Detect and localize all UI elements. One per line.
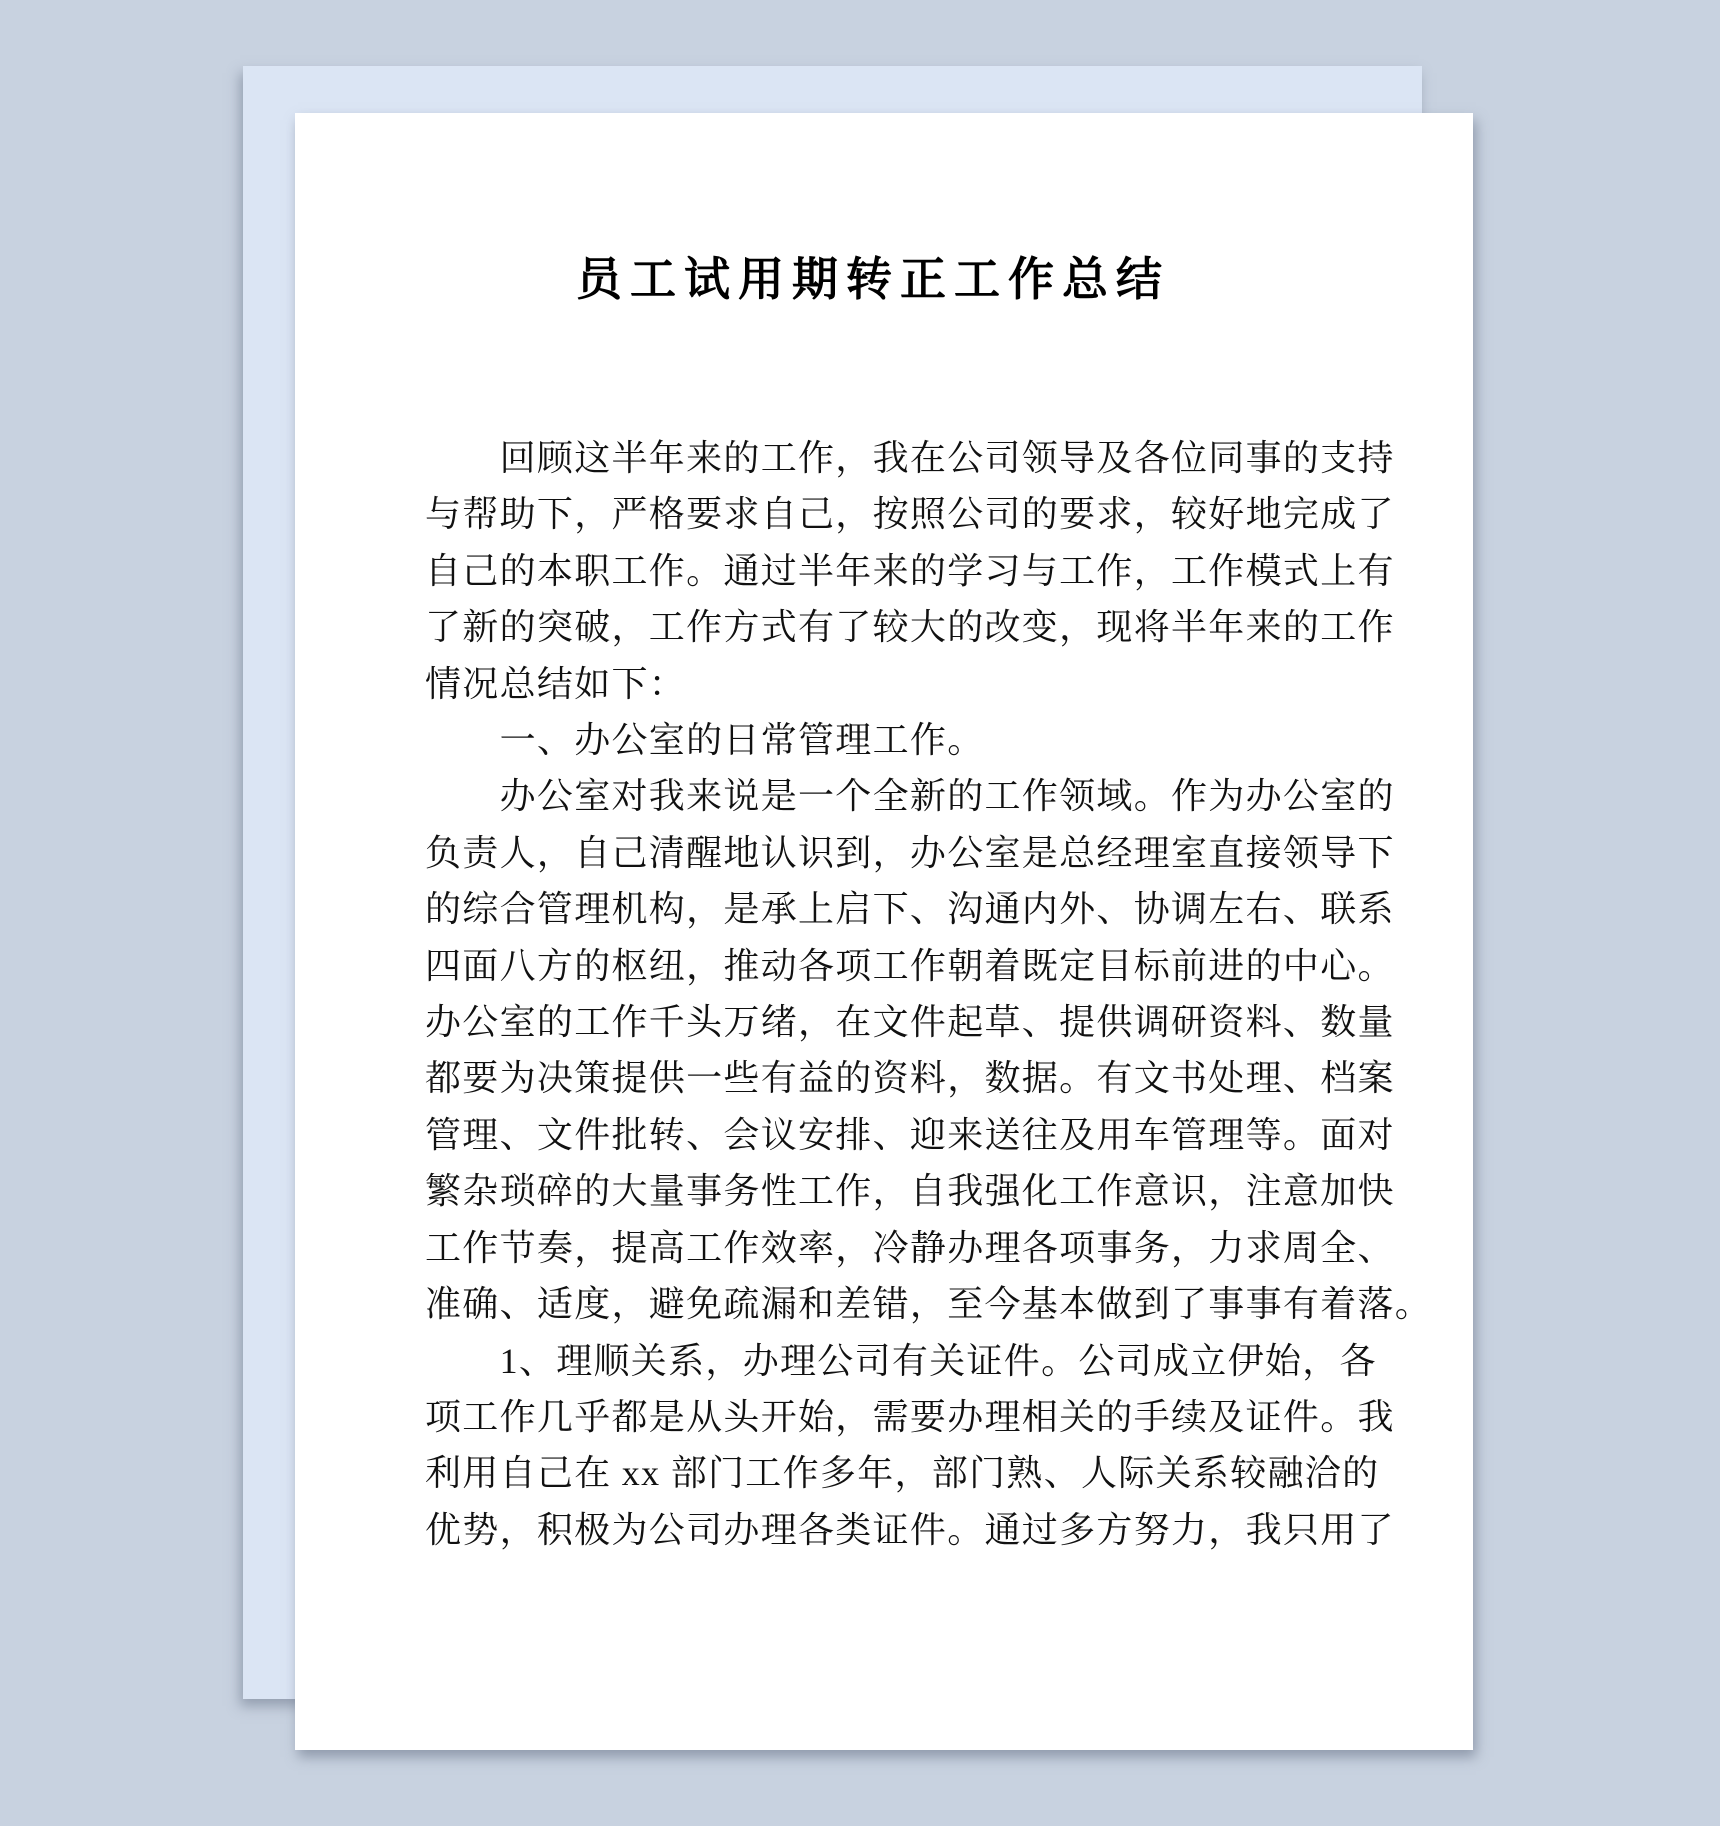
- text-line: 都要为决策提供一些有益的资料，数据。有文书处理、档案: [425, 1050, 1321, 1106]
- text-line: 一、办公室的日常管理工作。: [425, 712, 1321, 768]
- text-line: 工作节奏，提高工作效率，冷静办理各项事务，力求周全、: [425, 1220, 1321, 1276]
- text-line: 利用自己在 xx 部门工作多年，部门熟、人际关系较融洽的: [425, 1445, 1321, 1501]
- text-line: 管理、文件批转、会议安排、迎来送往及用车管理等。面对: [425, 1107, 1321, 1163]
- document-title: 员工试用期转正工作总结: [425, 250, 1321, 308]
- text-line: 项工作几乎都是从头开始，需要办理相关的手续及证件。我: [425, 1389, 1321, 1445]
- text-line: 了新的突破，工作方式有了较大的改变，现将半年来的工作: [425, 599, 1321, 655]
- text-line: 办公室的工作千头万绪，在文件起草、提供调研资料、数量: [425, 994, 1321, 1050]
- text-line: 负责人，自己清醒地认识到，办公室是总经理室直接领导下: [425, 825, 1321, 881]
- text-line: 办公室对我来说是一个全新的工作领域。作为办公室的: [425, 768, 1321, 824]
- text-line: 优势，积极为公司办理各类证件。通过多方努力，我只用了: [425, 1502, 1321, 1558]
- document-preview: 员工试用期转正工作总结 回顾这半年来的工作，我在公司领导及各位同事的支持 与帮助…: [0, 0, 1720, 1826]
- text-line: 繁杂琐碎的大量事务性工作，自我强化工作意识，注意加快: [425, 1163, 1321, 1219]
- document-page: 员工试用期转正工作总结 回顾这半年来的工作，我在公司领导及各位同事的支持 与帮助…: [295, 113, 1473, 1750]
- text-line: 自己的本职工作。通过半年来的学习与工作，工作模式上有: [425, 543, 1321, 599]
- text-line: 1、理顺关系，办理公司有关证件。公司成立伊始，各: [425, 1333, 1321, 1389]
- text-line: 的综合管理机构，是承上启下、沟通内外、协调左右、联系: [425, 881, 1321, 937]
- document-body: 回顾这半年来的工作，我在公司领导及各位同事的支持 与帮助下，严格要求自己，按照公…: [425, 430, 1321, 1558]
- text-line: 准确、适度，避免疏漏和差错，至今基本做到了事事有着落。: [425, 1276, 1321, 1332]
- text-line: 与帮助下，严格要求自己，按照公司的要求，较好地完成了: [425, 486, 1321, 542]
- text-line: 四面八方的枢纽，推动各项工作朝着既定目标前进的中心。: [425, 938, 1321, 994]
- text-line: 情况总结如下：: [425, 656, 1321, 712]
- text-line: 回顾这半年来的工作，我在公司领导及各位同事的支持: [425, 430, 1321, 486]
